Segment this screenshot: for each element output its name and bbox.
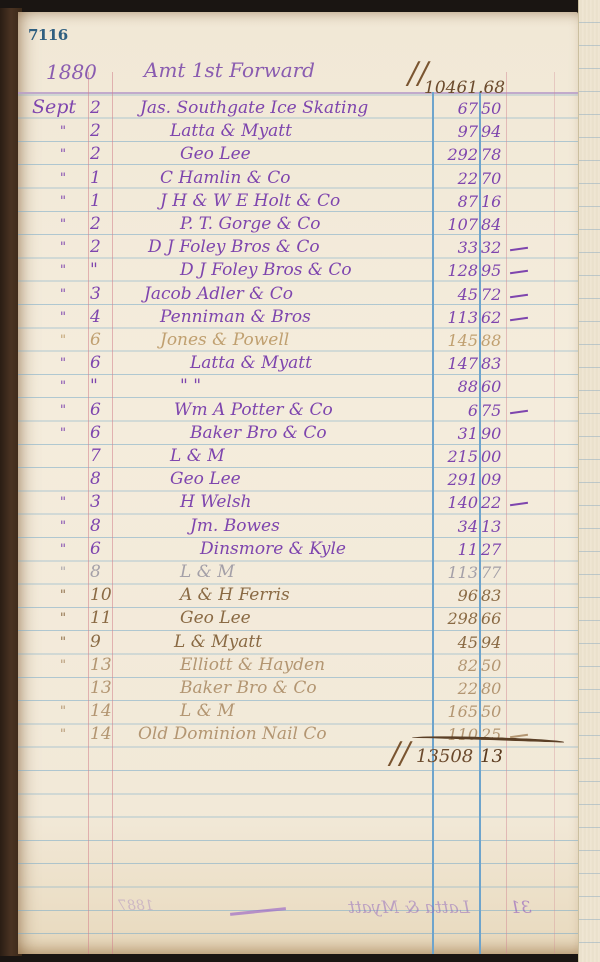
entry-dollars: 165 [447, 702, 478, 721]
entry-account: L & Myatt [174, 632, 262, 652]
ditto-mark: " [60, 588, 66, 603]
entry-cents: 50 [481, 702, 501, 721]
ditto-mark: " [60, 495, 66, 510]
entry-dollars: 6 [468, 401, 478, 420]
entry-day: " [90, 260, 98, 280]
ditto-mark: " [60, 426, 66, 441]
ledger-row: "1C Hamlin & Co2270 [18, 168, 578, 191]
entry-dollars: 145 [447, 331, 478, 350]
entry-account: A & H Ferris [180, 585, 290, 605]
ditto-mark: " [60, 519, 66, 534]
check-tick-mark [510, 502, 528, 506]
entry-day: 1 [90, 168, 101, 188]
entry-cents: 32 [481, 238, 501, 257]
entry-day: 2 [90, 214, 101, 234]
entry-account: D J Foley Bros & Co [180, 260, 352, 280]
entry-account: P. T. Gorge & Co [180, 214, 321, 234]
entry-account: Baker Bro & Co [190, 423, 327, 443]
entry-dollars: 67 [458, 99, 478, 118]
ledger-row: 8Geo Lee29109 [18, 469, 578, 492]
entry-cents: 88 [481, 331, 501, 350]
entry-cents: 75 [481, 401, 501, 420]
entry-dollars: 147 [447, 354, 478, 373]
entry-dollars: 291 [447, 470, 478, 489]
ditto-mark: " [60, 379, 66, 394]
entry-cents: 27 [481, 540, 501, 559]
ditto-mark: " [60, 727, 66, 742]
entry-day: 6 [90, 330, 101, 350]
ledger-row: "6Jones & Powell14588 [18, 330, 578, 353]
ditto-mark: " [60, 635, 66, 650]
entry-account: Geo Lee [170, 469, 241, 489]
entry-cents: 77 [481, 563, 501, 582]
entry-dollars: 45 [458, 285, 478, 304]
check-tick-mark [510, 247, 528, 251]
entry-day: " [90, 376, 98, 396]
ledger-row: "3H Welsh14022 [18, 492, 578, 515]
month-label: Sept [32, 96, 76, 118]
entry-dollars: 113 [447, 308, 478, 327]
ledger-row: "2P. T. Gorge & Co10784 [18, 214, 578, 237]
entry-cents: 22 [481, 493, 501, 512]
forward-label: Amt 1st Forward [144, 58, 315, 82]
entry-day: 10 [90, 585, 112, 605]
page-stack-edge [578, 0, 600, 962]
entry-day: 3 [90, 284, 101, 304]
entry-cents: 50 [481, 656, 501, 675]
entry-account: H Welsh [180, 492, 252, 512]
entry-account: Jm. Bowes [190, 516, 280, 536]
entry-day: 3 [90, 492, 101, 512]
entry-day: 4 [90, 307, 101, 327]
ditto-mark: " [60, 287, 66, 302]
entry-account: Geo Lee [180, 144, 251, 164]
ledger-row: "2Geo Lee29278 [18, 144, 578, 167]
entry-dollars: 88 [458, 377, 478, 396]
entry-cents: 90 [481, 424, 501, 443]
check-tick-mark [510, 270, 528, 274]
entry-cents: 60 [481, 377, 501, 396]
ledger-row: "13Elliott & Hayden8250 [18, 655, 578, 678]
entry-cents: 16 [481, 192, 501, 211]
entry-account: Jones & Powell [160, 330, 289, 350]
entry-cents: 70 [481, 169, 501, 188]
entry-account: " " [180, 376, 201, 396]
entry-dollars: 22 [458, 169, 478, 188]
entry-day: 7 [90, 446, 101, 466]
entry-account: L & M [180, 562, 235, 582]
entry-dollars: 96 [458, 586, 478, 605]
entry-dollars: 45 [458, 633, 478, 652]
entry-day: 1 [90, 191, 101, 211]
entry-day: 8 [90, 516, 101, 536]
ledger-row: "4Penniman & Bros11362 [18, 307, 578, 330]
ditto-mark: " [60, 542, 66, 557]
ditto-mark: " [60, 704, 66, 719]
ledger-row: """ "8860 [18, 376, 578, 399]
entry-dollars: 31 [458, 424, 478, 443]
entry-account: Wm A Potter & Co [174, 400, 333, 420]
entry-day: 2 [90, 144, 101, 164]
ledger-row: "10A & H Ferris9683 [18, 585, 578, 608]
entry-dollars: 215 [447, 447, 478, 466]
ledger-row: "6Dinsmore & Kyle1127 [18, 539, 578, 562]
entry-day: 14 [90, 724, 112, 744]
ditto-mark: " [60, 217, 66, 232]
ledger-row: "2D J Foley Bros & Co3332 [18, 237, 578, 260]
ledger-row: "6Latta & Myatt14783 [18, 353, 578, 376]
ledger-row: 13Baker Bro & Co2280 [18, 678, 578, 701]
ledger-year: 1880 [46, 60, 97, 84]
ditto-mark: " [60, 171, 66, 186]
entry-day: 6 [90, 423, 101, 443]
entry-day: 11 [90, 608, 112, 628]
ditto-mark: " [60, 356, 66, 371]
ledger-row: 7L & M21500 [18, 446, 578, 469]
entry-day: 2 [90, 121, 101, 141]
ledger-row: "1J H & W E Holt & Co8716 [18, 191, 578, 214]
ditto-mark: " [60, 333, 66, 348]
entry-cents: 09 [481, 470, 501, 489]
ditto-mark: " [60, 147, 66, 162]
entry-dollars: 113 [447, 563, 478, 582]
entry-cents: 78 [481, 145, 501, 164]
ditto-mark: " [60, 403, 66, 418]
entry-dollars: 298 [447, 609, 478, 628]
entry-dollars: 140 [447, 493, 478, 512]
entry-account: L & M [180, 701, 235, 721]
entry-account: Elliott & Hayden [180, 655, 325, 675]
bleed-through-name: Latta & Myatt [348, 898, 470, 918]
check-tick-mark [510, 293, 528, 297]
entry-cents: 66 [481, 609, 501, 628]
entry-account: Penniman & Bros [160, 307, 311, 327]
ledger-row: "8L & M11377 [18, 562, 578, 585]
entry-dollars: 33 [458, 238, 478, 257]
ditto-mark: " [60, 658, 66, 673]
ledger-row: "6Wm A Potter & Co675 [18, 400, 578, 423]
entry-account: Geo Lee [180, 608, 251, 628]
entry-account: Latta & Myatt [170, 121, 292, 141]
entry-day: 14 [90, 701, 112, 721]
entry-cents: 62 [481, 308, 501, 327]
entry-dollars: 107 [447, 215, 478, 234]
bleed-through-page-number: 31 [510, 898, 532, 918]
entry-dollars: 292 [447, 145, 478, 164]
entry-dollars: 34 [458, 517, 478, 536]
ditto-mark: " [60, 124, 66, 139]
entry-account: D J Foley Bros & Co [148, 237, 320, 257]
total-marker: // [390, 736, 410, 771]
ledger-row: "2Latta & Myatt9794 [18, 121, 578, 144]
ditto-mark: " [60, 611, 66, 626]
ledger-page: 7116 1880 Amt 1st Forward // 10461.68 Se… [18, 12, 578, 954]
entry-cents: 72 [481, 285, 501, 304]
ditto-mark: " [60, 194, 66, 209]
ledger-row: "14L & M16550 [18, 701, 578, 724]
entry-cents: 84 [481, 215, 501, 234]
entry-dollars: 11 [458, 540, 478, 559]
entry-cents: 94 [481, 633, 501, 652]
entry-day: 8 [90, 562, 101, 582]
entry-cents: 83 [481, 354, 501, 373]
entry-cents: 13 [481, 517, 501, 536]
entry-account: Jacob Adler & Co [144, 284, 293, 304]
entry-day: 13 [90, 655, 112, 675]
ledger-row: "6Baker Bro & Co3190 [18, 423, 578, 446]
entry-day: 6 [90, 539, 101, 559]
ledger-row: "11Geo Lee29866 [18, 608, 578, 631]
entry-day: 2 [90, 237, 101, 257]
entry-cents: 95 [481, 261, 501, 280]
forward-amount: 10461.68 [424, 78, 505, 98]
ditto-mark: " [60, 240, 66, 255]
entry-account: J H & W E Holt & Co [160, 191, 340, 211]
entry-account: Dinsmore & Kyle [200, 539, 346, 559]
entry-cents: 00 [481, 447, 501, 466]
ditto-mark: " [60, 263, 66, 278]
ledger-row: ""D J Foley Bros & Co12895 [18, 260, 578, 283]
entry-dollars: 22 [458, 679, 478, 698]
check-tick-mark [510, 409, 528, 413]
total-cents: 13 [480, 746, 503, 767]
ditto-mark: " [60, 565, 66, 580]
ledger-row: "9L & Myatt4594 [18, 632, 578, 655]
entry-account: L & M [170, 446, 225, 466]
ledger-row: "3Jacob Adler & Co4572 [18, 284, 578, 307]
ledger-row: "8Jm. Bowes3413 [18, 516, 578, 539]
entry-cents: 80 [481, 679, 501, 698]
entry-dollars: 128 [447, 261, 478, 280]
entry-day: 6 [90, 353, 101, 373]
entry-account: Old Dominion Nail Co [138, 724, 327, 744]
entry-dollars: 87 [458, 192, 478, 211]
ditto-mark: " [60, 310, 66, 325]
ledger-row: Sept2Jas. Southgate Ice Skating6750 [18, 98, 578, 121]
entry-day: 13 [90, 678, 112, 698]
total-dollars: 13508 [416, 746, 473, 767]
entry-day: 6 [90, 400, 101, 420]
entry-account: Latta & Myatt [190, 353, 312, 373]
entry-cents: 94 [481, 122, 501, 141]
entry-account: C Hamlin & Co [160, 168, 291, 188]
check-tick-mark [510, 317, 528, 321]
entry-dollars: 97 [458, 122, 478, 141]
entry-cents: 50 [481, 99, 501, 118]
entry-day: 8 [90, 469, 101, 489]
bleed-through-number: 1887 [118, 898, 154, 914]
entry-day: 9 [90, 632, 101, 652]
page-number: 7116 [28, 26, 68, 44]
entry-account: Jas. Southgate Ice Skating [140, 98, 368, 118]
entry-cents: 83 [481, 586, 501, 605]
entry-dollars: 82 [458, 656, 478, 675]
entry-account: Baker Bro & Co [180, 678, 317, 698]
ledger-row: "14Old Dominion Nail Co11025 [18, 724, 578, 747]
entry-day: 2 [90, 98, 101, 118]
